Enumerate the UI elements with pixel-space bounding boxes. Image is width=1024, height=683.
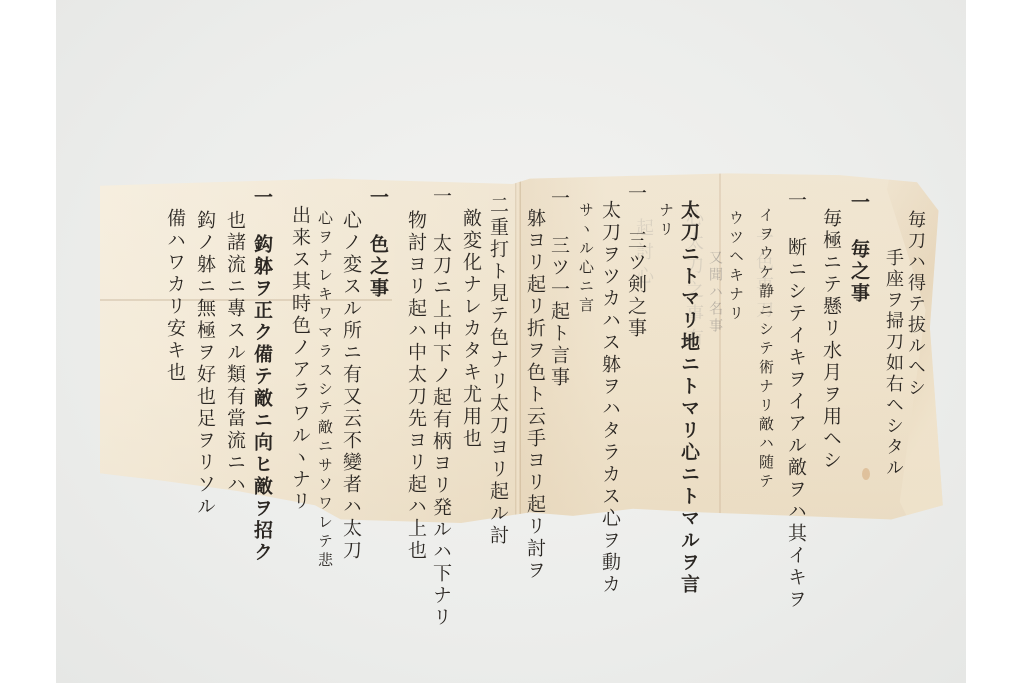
text-column: 出来ス其時色ノアラワルヽナリ bbox=[290, 205, 309, 513]
section-heading: 一 三ツ一起ト言事 bbox=[549, 188, 568, 389]
section-heading: 一 毎之事 bbox=[849, 192, 868, 305]
section-heading: 一 三ツ剣之事 bbox=[626, 183, 645, 340]
text-column: イヲウケ静ニシテ術ナリ敵ハ随テ bbox=[758, 207, 773, 492]
text-column: ウツヘキナリ bbox=[728, 210, 743, 324]
vertical-fold-line bbox=[719, 168, 721, 523]
section-heading: 一 断ニシテイキヲイアル敵ヲハ其イキヲ bbox=[786, 190, 805, 611]
section-heading: 一 色之事 bbox=[368, 187, 387, 300]
text-column: 心ノ変スル所ニ有又云不變者ハ太刀 bbox=[341, 210, 360, 562]
text-column: サヽル心ニ言 bbox=[578, 202, 593, 316]
page-gutter bbox=[515, 168, 521, 523]
paper-stain bbox=[862, 468, 870, 480]
text-column: 毎刀ハ得テ拔ルヘシ bbox=[906, 210, 924, 399]
text-column: 二重打ト見テ色ナリ太刀ヨリ起ル討 bbox=[488, 195, 507, 547]
section-heading: 一 太刀ニ上中下ノ起有柄ヨリ発ルハ下ナリ bbox=[431, 186, 450, 629]
text-column: 物討ヨリ起ハ中太刀先ヨリ起ハ上也 bbox=[406, 210, 425, 562]
text-column: 鈎ノ躰ニ無極ヲ好也足ヲリソル bbox=[195, 210, 214, 518]
text-column: 太刀ヲツカハス躰ヲハタラカス心ヲ動カ bbox=[600, 200, 619, 596]
faint-text-column: 又聞ハ名事 bbox=[708, 250, 722, 335]
text-column: ナリ bbox=[658, 202, 673, 240]
text-column: 心ヲナレキワマラスシテ敵ニサソワレテ悲 bbox=[317, 210, 332, 571]
text-column: 備ハワカリ安キ也 bbox=[165, 208, 184, 384]
text-column: 敵変化ナレカタキ尤用也 bbox=[461, 208, 480, 450]
text-column: 太刀ニトマリ地ニトマリ心ニトマルヲ言 bbox=[679, 200, 698, 596]
section-heading: 一 鈎躰ヲ正ク備テ敵ニ向ヒ敵ヲ招ク bbox=[252, 187, 271, 564]
text-column: 也諸流ニ專スル類有當流ニハ bbox=[225, 210, 244, 496]
text-column: 毎極ニテ懸リ水月ヲ用ヘシ bbox=[821, 208, 840, 472]
text-column: 躰ヨリ起リ折ヲ色ト云手ヨリ起リ討ヲ bbox=[525, 208, 544, 582]
text-column: 手座ヲ掃刀如右ヘシタル bbox=[884, 248, 902, 479]
